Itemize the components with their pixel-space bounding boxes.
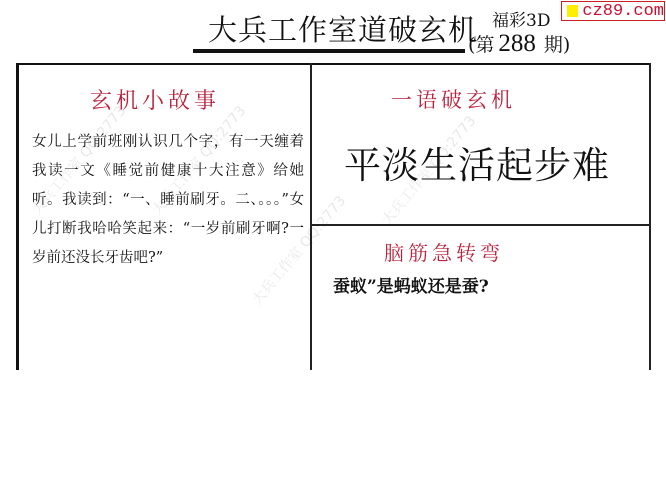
- frame-divider-horizontal: [311, 224, 650, 226]
- frame-border-top: [17, 63, 651, 65]
- frame-divider-vertical: [310, 63, 312, 370]
- riddle-text: 蚕蚁”是蚂蚁还是蚕?: [333, 272, 489, 297]
- issue-suffix: 期): [544, 30, 570, 57]
- frame-border-left: [16, 63, 19, 370]
- yellow-square-icon: [567, 5, 578, 17]
- site-badge[interactable]: cz89.com: [561, 1, 665, 21]
- issue-number: 288: [498, 30, 536, 58]
- title-underline: [193, 49, 465, 53]
- issue-label: (第 288 期): [468, 30, 570, 58]
- riddle-heading: 脑筋急转弯: [384, 237, 504, 266]
- story-heading: 玄机小故事: [90, 84, 220, 115]
- saying-text: 平淡生活起步难: [344, 135, 610, 189]
- lottery-label: 福彩3D: [492, 6, 550, 31]
- issue-prefix: (第: [468, 30, 494, 57]
- site-badge-text: cz89.com: [582, 3, 664, 20]
- story-text: 女儿上学前班刚认识几个字，有一天缠着我读一文《睡觉前健康十大注意》给她听。我读到…: [32, 128, 304, 273]
- frame-border-right: [649, 63, 651, 370]
- saying-heading: 一语破玄机: [391, 84, 516, 114]
- page-title: 大兵工作室道破玄机: [208, 8, 478, 49]
